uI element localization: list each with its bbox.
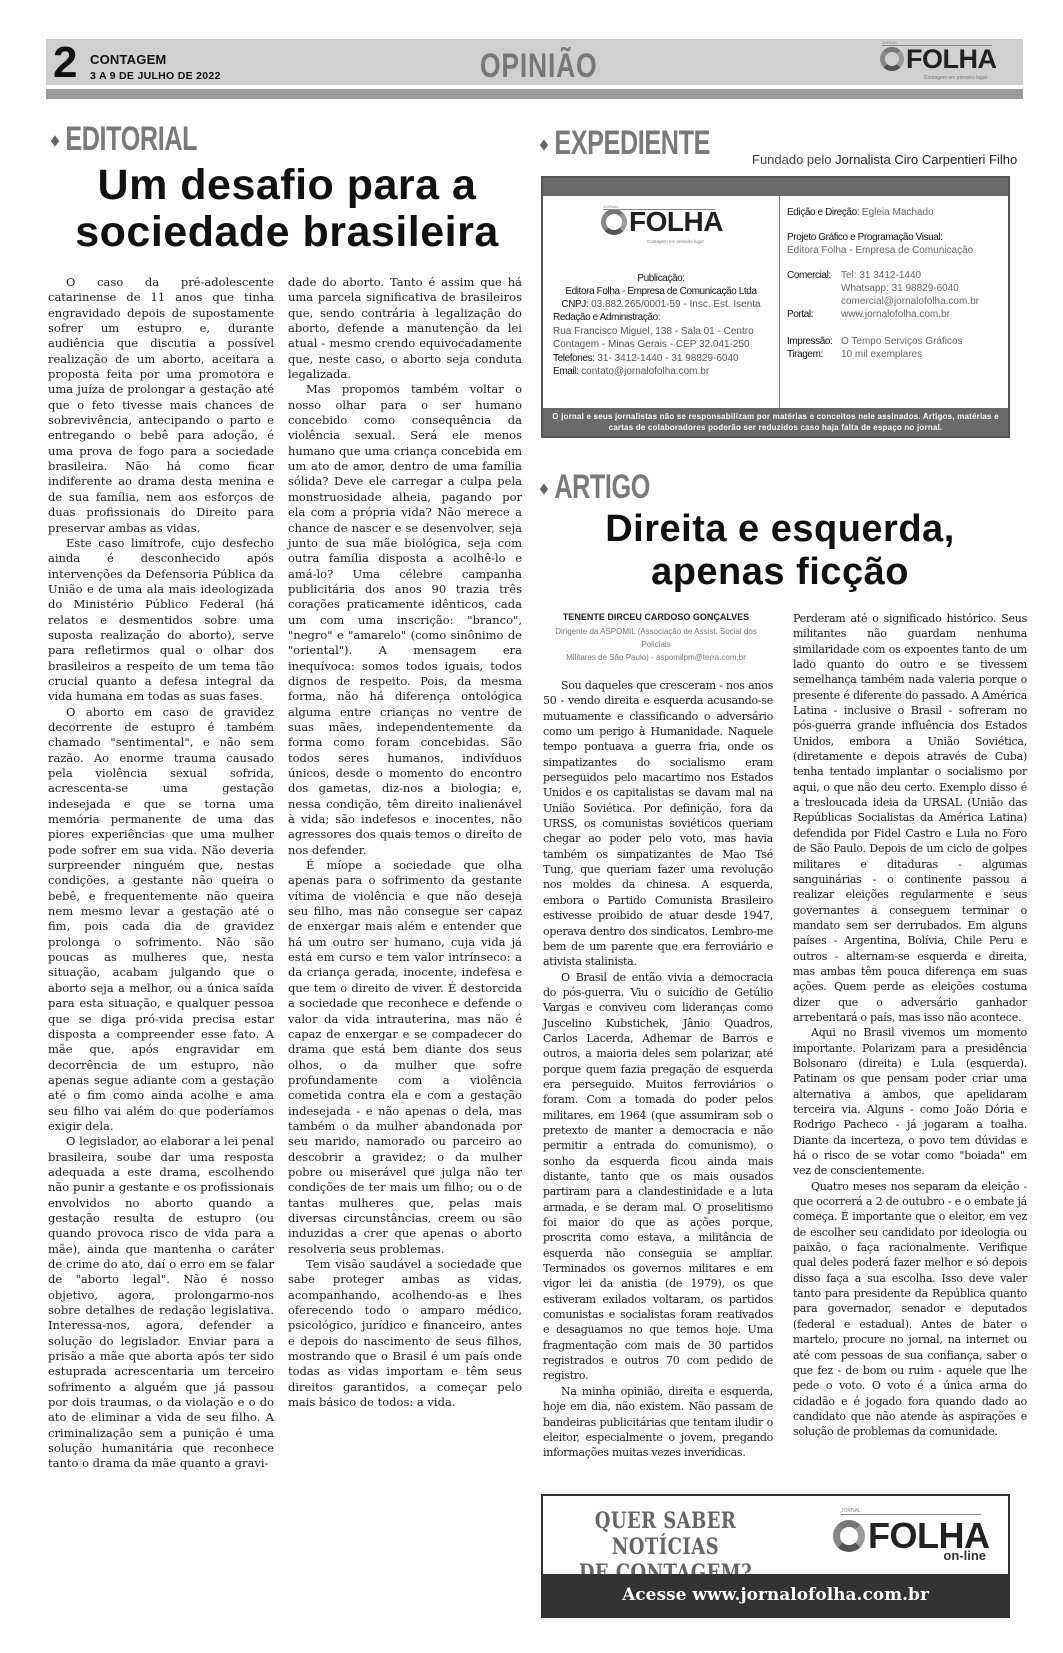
founded-by: Fundado pelo Jornalista Ciro Carpentieri… [752,152,1017,167]
page-number: 2 [53,40,77,86]
masthead-logo: JORNAL FOLHA Contagem em primeiro lugar [880,44,1063,74]
artigo-column-2: Perderam até o significado histórico. Se… [793,611,1027,1440]
expediente-box: JORNAL FOLHA Contagem em primeiro lugar … [541,176,1010,438]
logo-ring-icon [601,209,627,235]
paragraph: O aborto em caso de gravidez decorrente … [48,705,274,1135]
diamond-bullet-icon [540,139,548,150]
expediente-disclaimer: O jornal e seus jornalistas não se respo… [543,408,1008,436]
paragraph: O caso da pré-adolescente catarinense de… [48,275,274,536]
author-description: Dirigente da ASPOMIL (Associação de Assi… [541,625,771,664]
editorial-column-1: O caso da pré-adolescente catarinense de… [48,275,274,1472]
promo-banner[interactable]: QUER SABER NOTÍCIAS DE CONTAGEM? JORNAL … [541,1494,1010,1618]
expediente-logo: JORNAL FOLHA Contagem em primeiro lugar [601,206,723,238]
paragraph: Este caso limítrofe, cujo desfecho ainda… [48,536,274,705]
editorial-column-2: dade do aborto. Tanto é assim que há uma… [288,275,522,1410]
paragraph: Perderam até o significado histórico. Se… [793,611,1027,1025]
website-link[interactable]: Acesse www.jornalofolha.com.br [543,1574,1008,1616]
expediente-top-bar [543,178,1008,196]
expediente-kicker: EXPEDIENTE [541,124,710,162]
paragraph: É míope a sociedade que olha apenas para… [288,858,522,1257]
artigo-headline: Direita e esquerda, apenas ficção [560,508,1000,594]
artigo-column-1: Sou daqueles que cresceram - nos anos 50… [543,678,773,1461]
masthead-bar [46,89,1023,99]
commercial-email-link[interactable]: comercial@jornalofolha.com.br [841,295,1007,308]
diamond-bullet-icon [540,483,548,494]
paragraph: Sou daqueles que cresceram - nos anos 50… [543,678,773,970]
paragraph: Quatro meses nos separam da eleição - qu… [793,1179,1027,1440]
paragraph: Aqui no Brasil vivemos um momento import… [793,1025,1027,1178]
artigo-byline: TENENTE DIRCEU CARDOSO GONÇALVES Dirigen… [541,612,771,664]
paragraph: Na minha opinião, direita e esquerda, ho… [543,1384,773,1461]
editorial-headline: Um desafio para a sociedade brasileira [42,162,532,256]
paragraph: Tem visão saudável a sociedade que sabe … [288,1257,522,1410]
artigo-kicker: ARTIGO [541,468,650,506]
masthead-date: 3 A 9 DE JULHO DE 2022 [90,70,221,82]
diamond-bullet-icon [51,135,59,146]
editorial-kicker: EDITORIAL [52,120,197,158]
paragraph: dade do aborto. Tanto é assim que há uma… [288,275,522,382]
section-title: OPINIÃO [480,46,597,86]
logo-ring-icon [880,47,904,71]
expediente-right: Edição e Direção: Egleia Machado Projeto… [787,206,1007,361]
paragraph: O legislador, ao elaborar a lei penal br… [48,1134,274,1472]
email-link[interactable]: contato@jornalofolha.com.br [581,366,709,377]
portal-link[interactable]: www.jornalofolha.com.br [841,308,1007,321]
logo-ring-icon [833,1520,865,1552]
expediente-divider [779,196,780,412]
online-label: on-line [943,1548,986,1563]
paragraph: Mas propomos também voltar o nosso olhar… [288,382,522,858]
author-name: TENENTE DIRCEU CARDOSO GONÇALVES [541,612,771,622]
masthead-city: CONTAGEM [90,52,166,67]
paragraph: O Brasil de então vivia a democracia do … [543,970,773,1384]
